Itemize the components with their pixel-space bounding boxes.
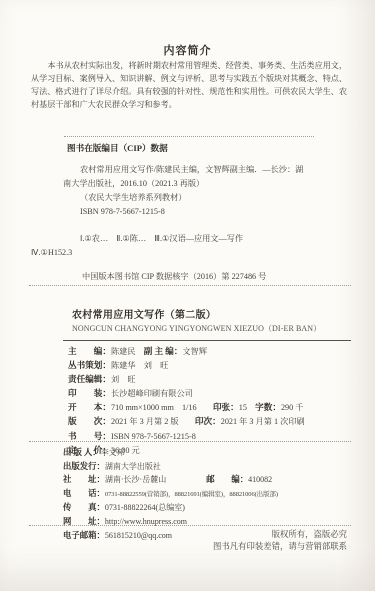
cip-line: （农民大学生培养系列教材） bbox=[63, 191, 355, 205]
text-row: 社 址：湖南·长沙·岳麓山 邮 编：410082 bbox=[63, 472, 363, 486]
copyright-line-1: 版权所有，盗版必究 bbox=[213, 529, 347, 541]
cip-classification-line-2: Ⅳ.①H152.3 bbox=[31, 247, 72, 257]
cip-line: 南大学出版社，2016.10（2021.3 再版） bbox=[63, 177, 355, 191]
field-value: 290 千 bbox=[281, 403, 304, 412]
divider-dotted-price bbox=[29, 441, 351, 442]
field-value: 410082 bbox=[248, 475, 272, 484]
intro-title: 内容简介 bbox=[0, 42, 375, 58]
cip-record-number: 中国版本图书馆 CIP 数据核字（2016）第 227486 号 bbox=[82, 271, 266, 282]
divider-dotted-cip-top bbox=[64, 136, 314, 137]
copyright-page: 内容简介 本书从农村实际出发，将新时期农村常用管理类、经营类、事务类、生活类应用… bbox=[0, 0, 375, 591]
book-title: 农村常用应用文写作（第二版） bbox=[72, 306, 216, 321]
field-label: 开 本： bbox=[68, 402, 111, 412]
field-value: 湖南大学出版社 bbox=[105, 462, 161, 471]
text-row: 丛书策划：陈建华 刘 旺 bbox=[68, 358, 360, 372]
text-row: 电 话：0731-88822559(营销部)，88821691(编辑室)，888… bbox=[63, 486, 363, 501]
field-label: 书 号： bbox=[68, 431, 111, 441]
field-label: 印 装： bbox=[68, 388, 111, 398]
field-value: 陈建华 刘 旺 bbox=[111, 361, 168, 370]
text-row: 出版发行：湖南大学出版社 bbox=[63, 459, 363, 473]
field-label: 印次： bbox=[195, 416, 221, 426]
field-label: 字数： bbox=[255, 402, 281, 412]
field-label: 出 版 人： bbox=[63, 448, 101, 457]
cip-lines: 农村常用应用文写作/陈建民主编，文智辉副主编．—长沙：湖南大学出版社，2016.… bbox=[63, 163, 355, 219]
field-label: 传 真： bbox=[63, 503, 105, 512]
text-row: 主 编：陈建民 副 主 编：文智辉 bbox=[68, 344, 360, 358]
field-label: 版 次： bbox=[68, 416, 111, 426]
field-label: 出版发行： bbox=[63, 462, 105, 471]
field-value: 湖南·长沙·岳麓山 bbox=[105, 475, 206, 484]
field-value: 陈建民 bbox=[111, 347, 144, 356]
copyright-line-2: 图书凡有印装差错，请与营销部联系 bbox=[213, 541, 347, 553]
copyright-notice: 版权所有，盗版必究 图书凡有印装差错，请与营销部联系 bbox=[213, 529, 347, 554]
field-label: 电子邮箱： bbox=[63, 531, 105, 540]
field-value: ISBN 978-7-5667-1215-8 bbox=[111, 432, 196, 441]
intro-body: 本书从农村实际出发，将新时期农村常用管理类、经营类、事务类、生活类应用文，从学习… bbox=[31, 59, 347, 111]
text-row: 出 版 人：李文邦 bbox=[63, 445, 363, 459]
text-row: 印 装：长沙超峰印刷有限公司 bbox=[68, 386, 360, 400]
field-value: 2021 年 3 月第 1 次印刷 bbox=[221, 417, 305, 426]
field-value: 文智辉 bbox=[182, 347, 207, 356]
field-value: 长沙超峰印刷有限公司 bbox=[111, 389, 193, 398]
text-row: 责任编辑：刘 旺 bbox=[68, 372, 360, 386]
meta-rows: 主 编：陈建民 副 主 编：文智辉丛书策划：陈建华 刘 旺责任编辑：刘 旺印 装… bbox=[68, 344, 360, 457]
field-value: 0731-88822264(总编室) bbox=[105, 503, 185, 512]
field-value: 710 mm×1000 mm 1/16 bbox=[111, 403, 213, 412]
field-label: 邮 编： bbox=[206, 475, 248, 484]
book-title-pinyin: NONGCUN CHANGYONG YINGYONGWEN XIEZUO（DI-… bbox=[72, 323, 321, 334]
field-label: 社 址： bbox=[63, 475, 105, 484]
cip-line: ISBN 978-7-5667-1215-8 bbox=[63, 205, 355, 219]
divider-solid-title bbox=[63, 340, 351, 341]
field-value: 2021 年 3 月第 2 版 bbox=[111, 417, 195, 426]
field-label: 电 话： bbox=[63, 489, 105, 498]
field-label: 责任编辑： bbox=[68, 374, 111, 384]
cip-classification-line-1: Ⅰ.①农… Ⅱ.①陈… Ⅲ.①汉语—应用文—写作 bbox=[80, 233, 243, 244]
text-row: 开 本：710 mm×1000 mm 1/16 印张：15 字数：290 千 bbox=[68, 400, 360, 414]
divider-dotted-cip-bottom bbox=[29, 285, 351, 286]
field-value: 0731-88822559(营销部)，88821691(编辑室)，8882100… bbox=[105, 491, 278, 498]
text-row: 版 次：2021 年 3 月第 2 版 印次：2021 年 3 月第 1 次印刷 bbox=[68, 414, 360, 428]
divider-dotted-contact bbox=[29, 525, 351, 526]
text-row: 传 真：0731-88822264(总编室) bbox=[63, 500, 363, 514]
cip-line: 农村常用应用文写作/陈建民主编，文智辉副主编．—长沙：湖 bbox=[63, 163, 355, 177]
field-label: 印张： bbox=[213, 402, 239, 412]
field-value: 561815210@qq.com bbox=[105, 531, 172, 540]
field-label: 主 编： bbox=[68, 346, 111, 356]
field-value: 15 bbox=[239, 403, 255, 412]
field-value: 刘 旺 bbox=[111, 375, 136, 384]
cip-heading: 图书在版编目（CIP）数据 bbox=[67, 142, 168, 154]
field-label: 丛书策划： bbox=[68, 360, 111, 370]
field-value: 李文邦 bbox=[101, 448, 125, 457]
field-label: 副 主 编： bbox=[144, 346, 183, 356]
pub-rows: 出 版 人：李文邦出版发行：湖南大学出版社社 址：湖南·长沙·岳麓山 邮 编：4… bbox=[63, 445, 363, 541]
